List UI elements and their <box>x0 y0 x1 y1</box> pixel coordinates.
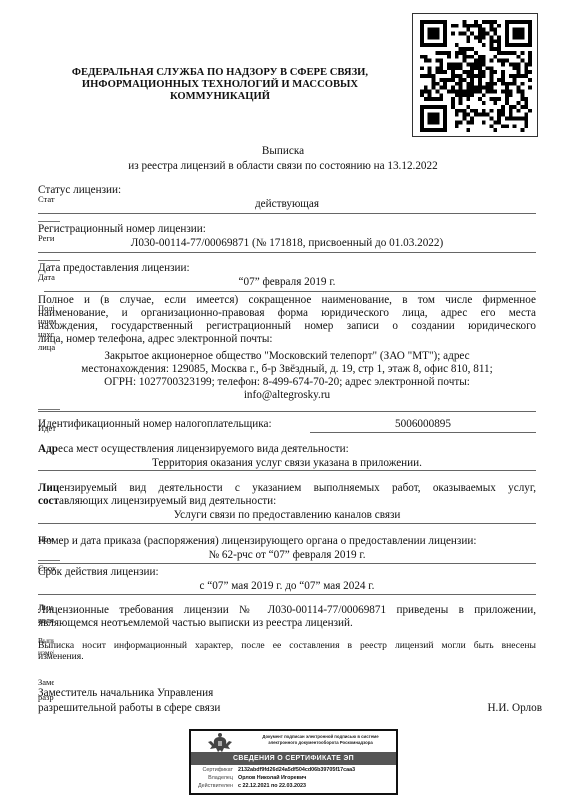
addresses-label-rest: еса мест осуществления лицензируемого ви… <box>58 443 349 455</box>
signer-position: Заместитель начальника Управления разреш… <box>38 687 220 715</box>
licensee-ghost-label: Полі <box>38 304 56 313</box>
document-title: Выписка <box>0 145 566 158</box>
qr-code-icon <box>412 13 538 137</box>
licensee-value-line: ОГРН: 1027700323199; телефон: 8-499-674-… <box>38 376 536 389</box>
reg-number-label: Регистрационный номер лицензии: <box>38 223 206 236</box>
separator-dash <box>38 221 60 222</box>
e-signature-stamp: Документ подписан электронной подписью в… <box>189 729 398 795</box>
licensee-ghost-label: нахс <box>38 330 56 339</box>
inn-label: Идентификационный номер налогоплательщик… <box>38 418 272 431</box>
grant-date-underline <box>44 291 536 292</box>
licensee-underline <box>38 411 536 412</box>
order-label: Номер и дата приказа (распоряжения) лице… <box>38 535 476 548</box>
inn-underline <box>310 432 536 433</box>
stamp-note: Документ подписан электронной подписью в… <box>249 734 392 745</box>
order-underline <box>38 563 536 564</box>
validity-value: с “07” мая 2019 г. до “07” мая 2024 г. <box>38 580 536 593</box>
disclaimer-line: Выписка носит информационный характер, п… <box>38 640 536 651</box>
reg-number-underline <box>38 252 536 253</box>
licensee-value: Закрытое акционерное общество "Московски… <box>38 350 536 402</box>
requirements-line: Лицензионные требования лицензии № Л030-… <box>38 604 536 617</box>
validity-ghost-label: Срок <box>38 564 56 573</box>
addresses-label-bold: Адр <box>38 443 58 455</box>
grant-date-label: Дата предоставления лицензии: <box>38 262 190 275</box>
licensee-label-line: наименование, и организационно-правовая … <box>38 307 536 320</box>
order-ghost-label: Ном <box>38 535 54 544</box>
requirements-line: являющемся неотъемлемой частью выписки и… <box>38 617 536 630</box>
grant-date-value: “07” февраля 2019 г. <box>38 276 536 289</box>
separator-dash <box>38 560 60 561</box>
activity-label-line: Лицензируемый вид деятельности с указани… <box>38 482 536 495</box>
disclaimer-ghost-label: измеі <box>38 648 54 657</box>
activity-underline <box>38 523 536 524</box>
reg-number-value: Л030-00114-77/00069871 (№ 171818, присво… <box>38 237 536 250</box>
activity-label-line: составляющих лицензируемый вид деятельно… <box>38 495 536 508</box>
activity-value: Услуги связи по предоставлению каналов с… <box>38 509 536 522</box>
requirements-ghost-label: Лиц <box>38 603 54 612</box>
agency-line-3: КОММУНИКАЦИЙ <box>40 91 400 103</box>
disclaimer-ghost-label: Выпи <box>38 636 54 645</box>
addresses-label: Адреса мест осуществления лицензируемого… <box>38 443 349 456</box>
inn-ghost-label: Идет <box>38 424 56 433</box>
status-underline <box>38 213 536 214</box>
stamp-band-title: СВЕДЕНИЯ О СЕРТИФИКАТЕ ЭП <box>191 752 396 765</box>
double-headed-eagle-icon <box>205 732 235 754</box>
signer-ghost-label: разр <box>38 693 54 702</box>
agency-header: ФЕДЕРАЛЬНАЯ СЛУЖБА ПО НАДЗОРУ В СФЕРЕ СВ… <box>40 67 400 103</box>
status-value: действующая <box>38 198 536 211</box>
signer-name: Н.И. Орлов <box>487 702 542 715</box>
addresses-underline <box>38 470 536 471</box>
signer-position-line: разрешительной работы в сфере связи <box>38 702 220 715</box>
signer-ghost-label: Заме <box>38 678 54 687</box>
licensee-label: Полное и (в случае, если имеется) сокращ… <box>38 294 536 346</box>
activity-label: Лицензируемый вид деятельности с указани… <box>38 482 536 508</box>
inn-value: 5006000895 <box>310 418 536 431</box>
licensee-label-line: нахождения, государственный регистрацион… <box>38 320 536 333</box>
agency-line-2: ИНФОРМАЦИОННЫХ ТЕХНОЛОГИЙ И МАССОВЫХ <box>40 79 400 91</box>
document-subtitle: из реестра лицензий в области связи по с… <box>0 160 566 173</box>
signer-position-line: Заместитель начальника Управления <box>38 687 220 700</box>
licensee-email: info@altegrosky.ru <box>38 389 536 402</box>
validity-underline <box>38 594 536 595</box>
disclaimer-line: изменения. <box>38 651 536 662</box>
disclaimer-text: Выписка носит информационный характер, п… <box>38 640 536 662</box>
order-value: № 62-рчс от “07” февраля 2019 г. <box>38 549 536 562</box>
addresses-value: Территория оказания услуг связи указана … <box>38 457 536 470</box>
separator-dash <box>38 260 60 261</box>
licensee-value-line: Закрытое акционерное общество "Московски… <box>38 350 536 363</box>
requirements-ghost-label: явля <box>38 616 54 625</box>
licensee-value-line: местонахождения: 129085, Москва г., б-р … <box>38 363 536 376</box>
licensee-label-line: Полное и (в случае, если имеется) сокращ… <box>38 294 536 307</box>
licensee-label-line: лица, номер телефона, адрес электронной … <box>38 333 536 346</box>
requirements-text: Лицензионные требования лицензии № Л030-… <box>38 604 536 630</box>
licensee-ghost-label: наим <box>38 317 56 326</box>
agency-line-1: ФЕДЕРАЛЬНАЯ СЛУЖБА ПО НАДЗОРУ В СФЕРЕ СВ… <box>40 67 400 79</box>
separator-dash <box>38 409 60 410</box>
